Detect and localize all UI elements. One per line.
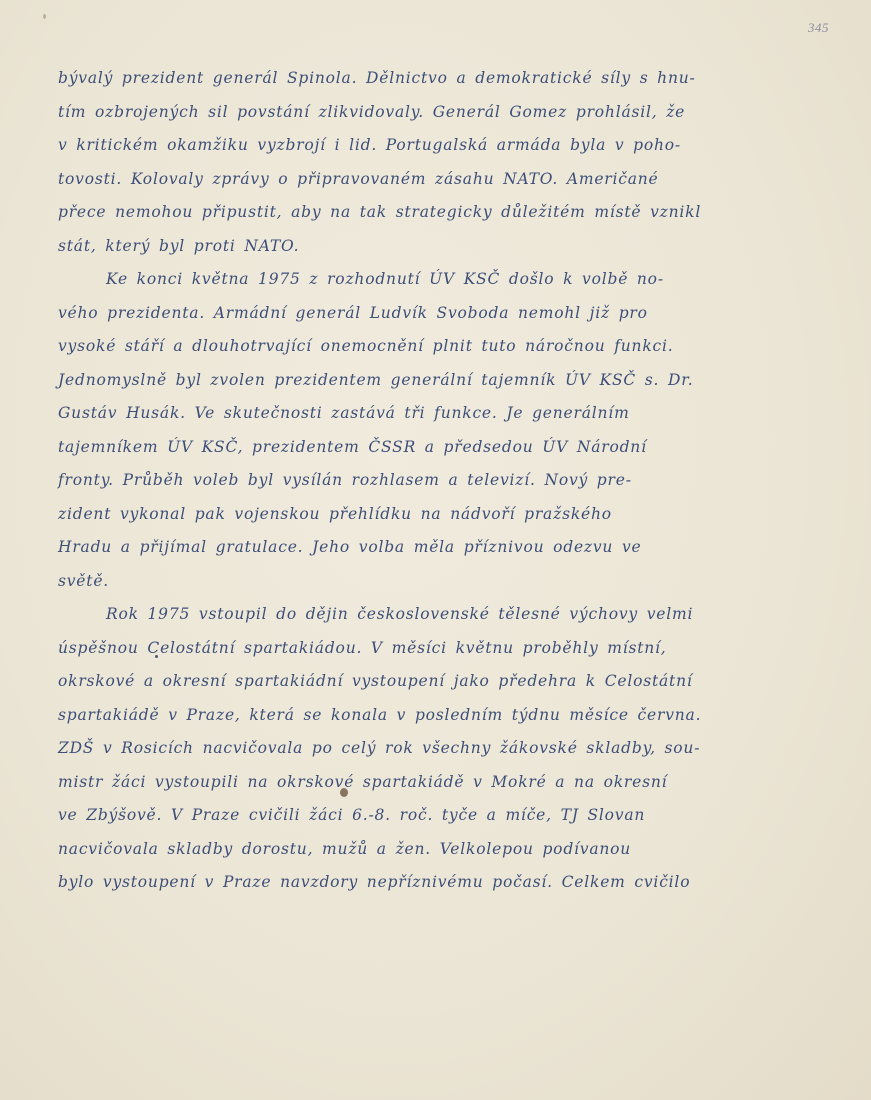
text-line: Hradu a přijímal gratulace. Jeho volba m… — [58, 531, 798, 565]
text-line: Gustáv Husák. Ve skutečnosti zastává tři… — [58, 397, 798, 431]
text-line: světě. — [58, 565, 798, 599]
handwritten-text-block: bývalý prezident generál Spinola. Dělnic… — [58, 62, 798, 900]
page-number: 345 — [808, 20, 829, 36]
text-line: ZDŠ v Rosicích nacvičovala po celý rok v… — [58, 732, 798, 766]
paragraph-start-line: Rok 1975 vstoupil do dějin československ… — [58, 598, 798, 632]
text-line: mistr žáci vystoupili na okrskové sparta… — [58, 766, 798, 800]
text-line: přece nemohou připustit, aby na tak stra… — [58, 196, 798, 230]
text-line: ve Zbýšově. V Praze cvičili žáci 6.-8. r… — [58, 799, 798, 833]
ink-dot — [155, 655, 158, 658]
text-line: úspěšnou Celostátní spartakiádou. V měsí… — [58, 632, 798, 666]
text-line: tím ozbrojených sil povstání zlikvidoval… — [58, 96, 798, 130]
text-line: bylo vystoupení v Praze navzdory nepřízn… — [58, 866, 798, 900]
text-line: Jednomyslně byl zvolen prezidentem gener… — [58, 364, 798, 398]
manuscript-page: 345 bývalý prezident generál Spinola. Dě… — [0, 0, 871, 1100]
ink-smudge — [340, 788, 348, 797]
text-line: bývalý prezident generál Spinola. Dělnic… — [58, 62, 798, 96]
text-line: spartakiádě v Praze, která se konala v p… — [58, 699, 798, 733]
paper-speck — [43, 14, 46, 19]
paragraph-start-line: Ke konci května 1975 z rozhodnutí ÚV KSČ… — [58, 263, 798, 297]
text-line: nacvičovala skladby dorostu, mužů a žen.… — [58, 833, 798, 867]
text-line: v kritickém okamžiku vyzbrojí i lid. Por… — [58, 129, 798, 163]
text-line: tovosti. Kolovaly zprávy o připravovaném… — [58, 163, 798, 197]
text-line: okrskové a okresní spartakiádní vystoupe… — [58, 665, 798, 699]
text-line: fronty. Průběh voleb byl vysílán rozhlas… — [58, 464, 798, 498]
text-line: stát, který byl proti NATO. — [58, 230, 798, 264]
text-line: vysoké stáří a dlouhotrvající onemocnění… — [58, 330, 798, 364]
text-line: zident vykonal pak vojenskou přehlídku n… — [58, 498, 798, 532]
text-line: tajemníkem ÚV KSČ, prezidentem ČSSR a př… — [58, 431, 798, 465]
text-line: vého prezidenta. Armádní generál Ludvík … — [58, 297, 798, 331]
